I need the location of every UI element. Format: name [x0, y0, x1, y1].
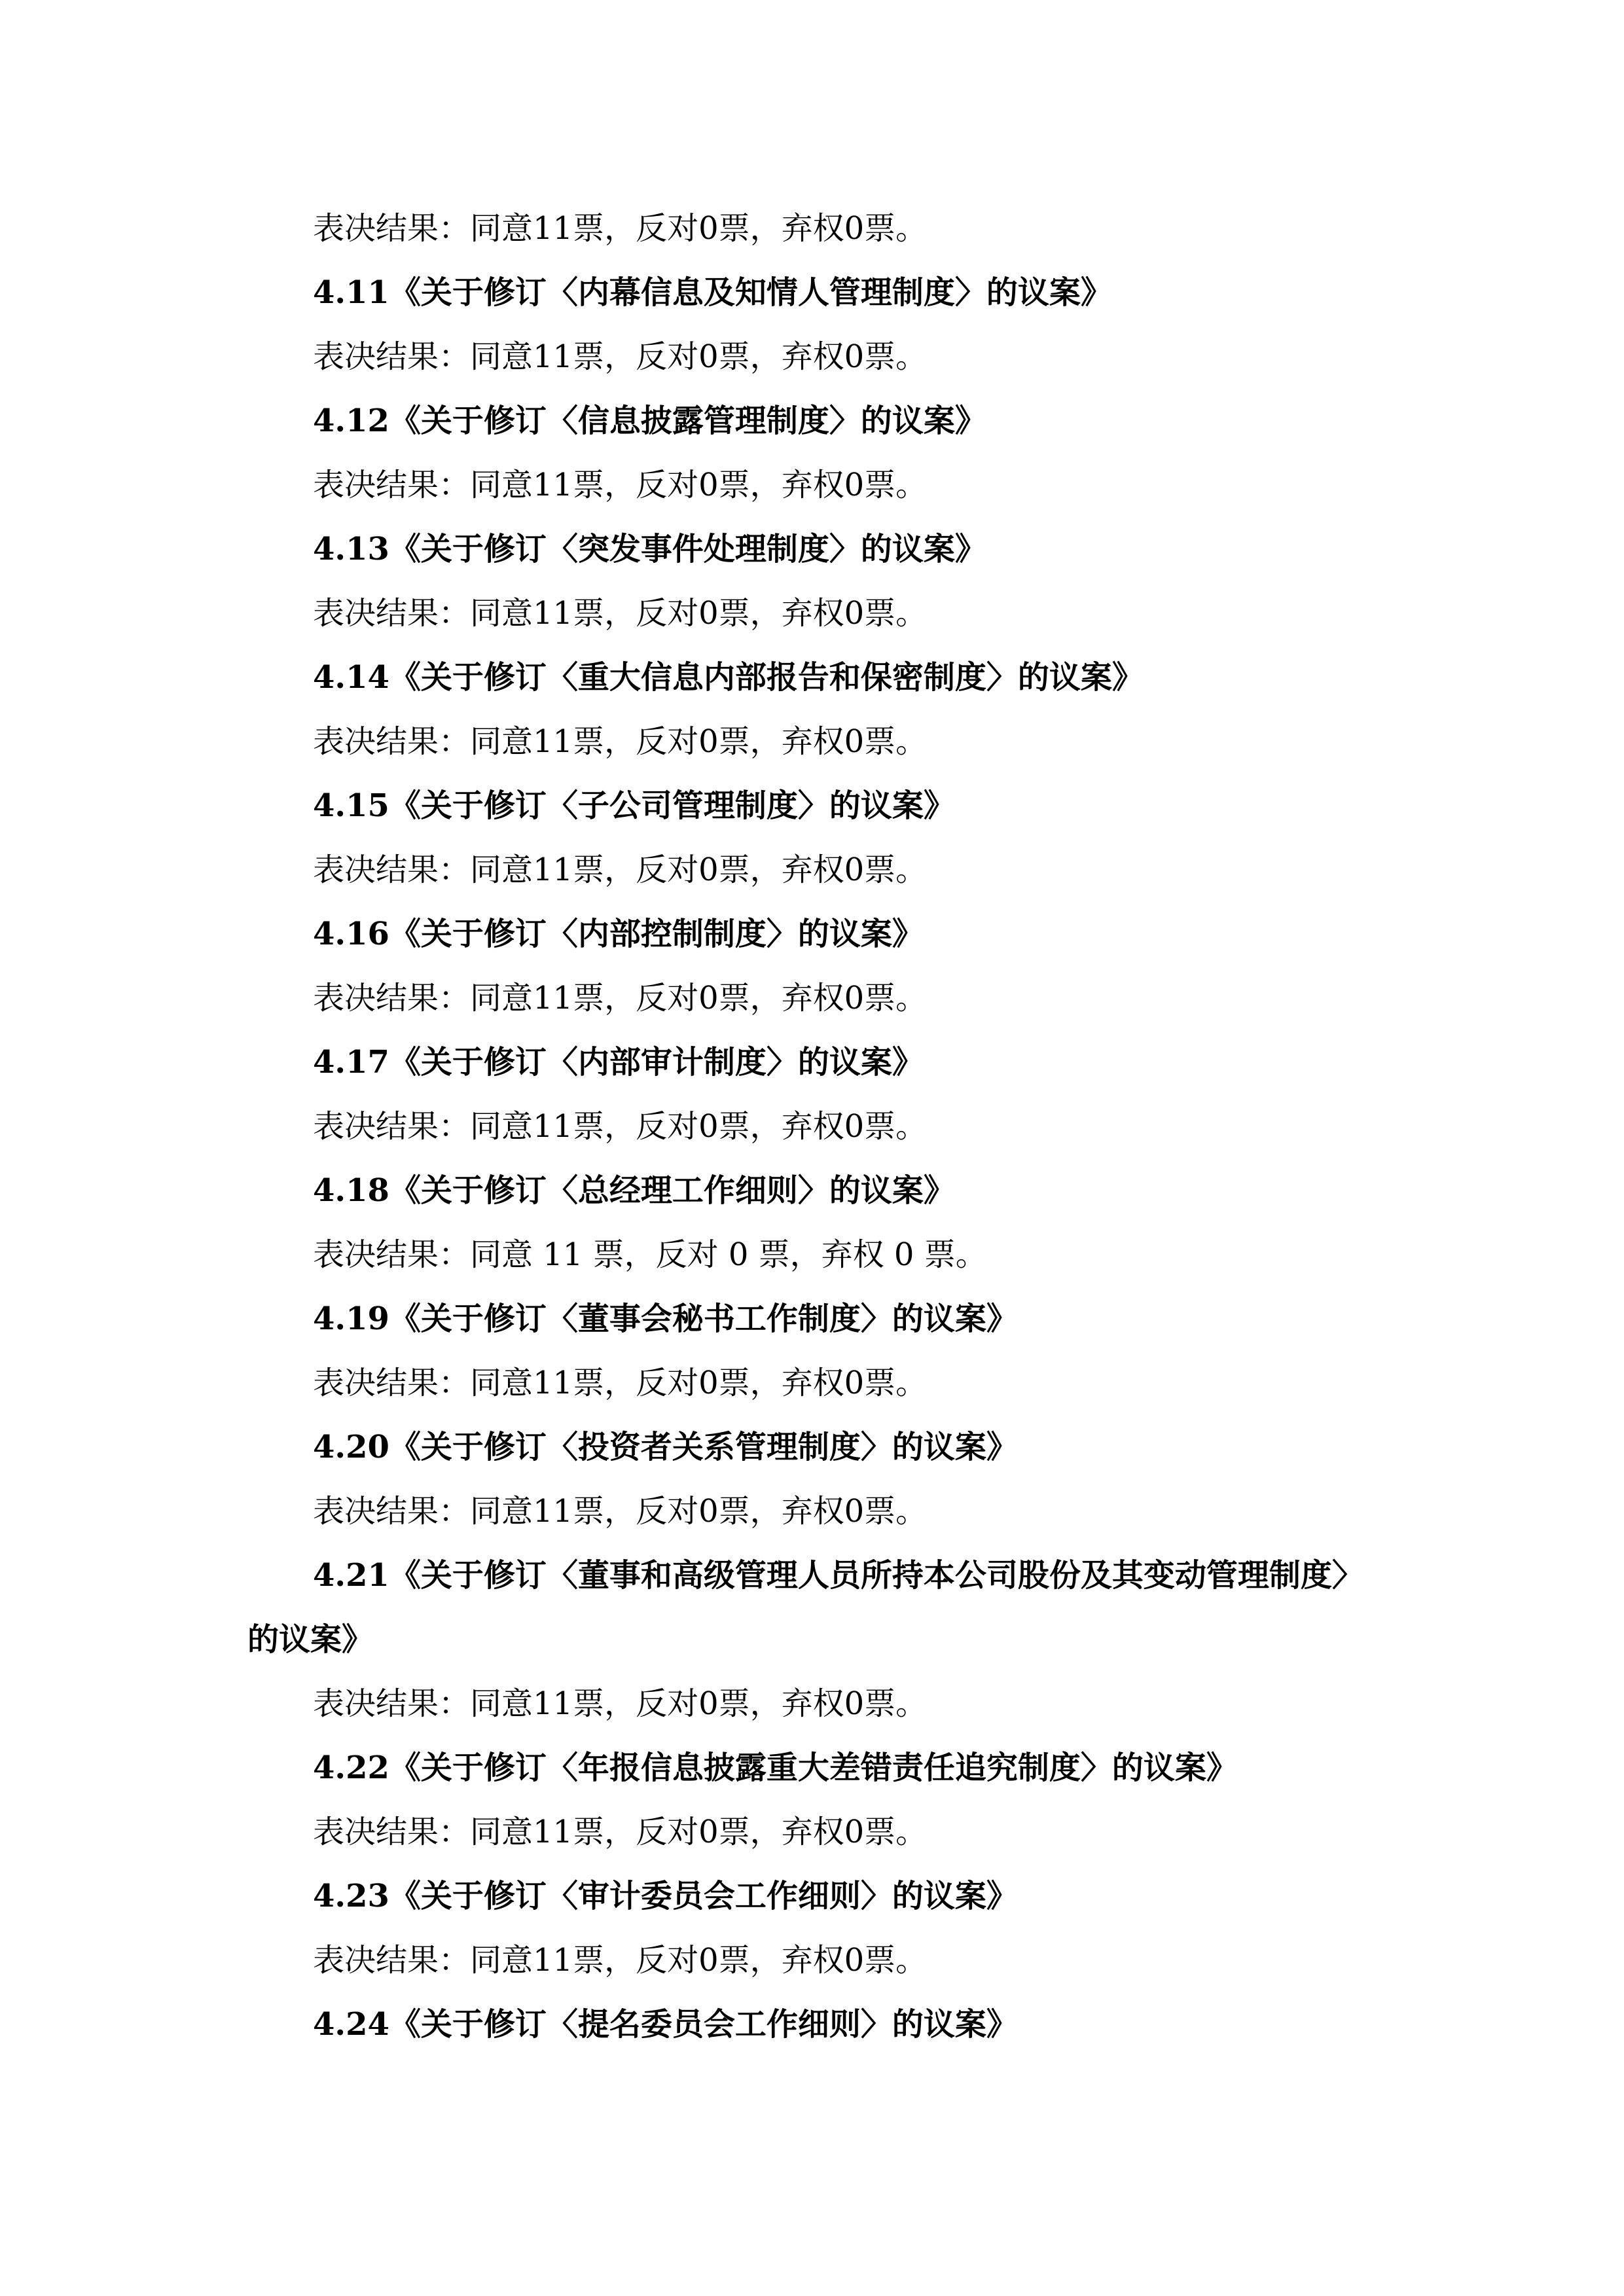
document-body: 表决结果：同意11票，反对0票，弃权0票。 4.11《关于修订〈内幕信息及知情人… [247, 196, 1399, 2056]
motion-heading-4-18: 4.18《关于修订〈总经理工作细则〉的议案》 [247, 1158, 1399, 1223]
vote-result: 表决结果：同意11票，反对0票，弃权0票。 [247, 1928, 1399, 1992]
motion-heading-4-22: 4.22《关于修订〈年报信息披露重大差错责任追究制度〉的议案》 [247, 1736, 1399, 1800]
vote-result: 表决结果：同意11票，反对0票，弃权0票。 [247, 325, 1399, 389]
vote-result: 表决结果：同意11票，反对0票，弃权0票。 [247, 196, 1399, 260]
motion-heading-4-12: 4.12《关于修订〈信息披露管理制度〉的议案》 [247, 389, 1399, 453]
vote-result: 表决结果：同意11票，反对0票，弃权0票。 [247, 581, 1399, 645]
vote-result: 表决结果：同意11票，反对0票，弃权0票。 [247, 838, 1399, 902]
motion-heading-4-24: 4.24《关于修订〈提名委员会工作细则〉的议案》 [247, 1992, 1399, 2056]
vote-result: 表决结果：同意11票，反对0票，弃权0票。 [247, 709, 1399, 774]
vote-result: 表决结果：同意11票，反对0票，弃权0票。 [247, 966, 1399, 1030]
motion-heading-4-11: 4.11《关于修订〈内幕信息及知情人管理制度〉的议案》 [247, 260, 1399, 325]
motion-heading-4-20: 4.20《关于修订〈投资者关系管理制度〉的议案》 [247, 1415, 1399, 1479]
vote-result: 表决结果：同意11票，反对0票，弃权0票。 [247, 1672, 1399, 1736]
motion-heading-4-21-continued: 的议案》 [247, 1607, 1399, 1672]
motion-heading-4-16: 4.16《关于修订〈内部控制制度〉的议案》 [247, 902, 1399, 966]
motion-heading-4-17: 4.17《关于修订〈内部审计制度〉的议案》 [247, 1030, 1399, 1094]
motion-heading-4-14: 4.14《关于修订〈重大信息内部报告和保密制度〉的议案》 [247, 645, 1399, 709]
document-page: 表决结果：同意11票，反对0票，弃权0票。 4.11《关于修订〈内幕信息及知情人… [0, 0, 1624, 2296]
motion-heading-4-21: 4.21《关于修订〈董事和高级管理人员所持本公司股份及其变动管理制度〉 [247, 1543, 1399, 1607]
vote-result: 表决结果：同意11票，反对0票，弃权0票。 [247, 453, 1399, 517]
motion-heading-4-19: 4.19《关于修订〈董事会秘书工作制度〉的议案》 [247, 1287, 1399, 1351]
motion-heading-4-13: 4.13《关于修订〈突发事件处理制度〉的议案》 [247, 517, 1399, 581]
motion-heading-4-23: 4.23《关于修订〈审计委员会工作细则〉的议案》 [247, 1864, 1399, 1928]
vote-result: 表决结果：同意11票，反对0票，弃权0票。 [247, 1351, 1399, 1415]
vote-result: 表决结果：同意11票，反对0票，弃权0票。 [247, 1094, 1399, 1158]
vote-result: 表决结果：同意 11 票，反对 0 票，弃权 0 票。 [247, 1223, 1399, 1287]
vote-result: 表决结果：同意11票，反对0票，弃权0票。 [247, 1800, 1399, 1864]
vote-result: 表决结果：同意11票，反对0票，弃权0票。 [247, 1479, 1399, 1543]
motion-heading-4-15: 4.15《关于修订〈子公司管理制度〉的议案》 [247, 774, 1399, 838]
